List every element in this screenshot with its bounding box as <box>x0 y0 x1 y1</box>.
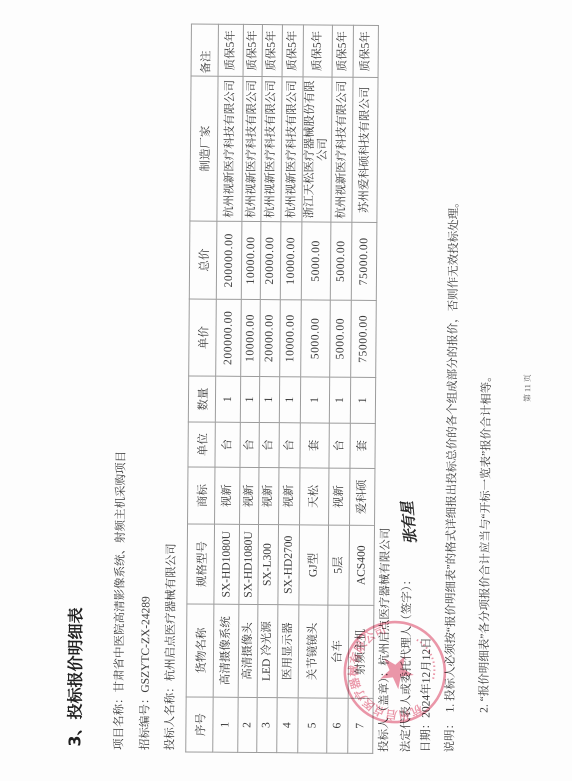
cell-unit-price: 10000.00 <box>280 300 302 377</box>
header-unit-price: 单价 <box>189 299 217 376</box>
handwritten-signature: 张有星 <box>396 501 421 545</box>
date-value: 2024年12月12日 <box>421 637 434 718</box>
cell-goods-name: LED 冷光源 <box>257 605 278 698</box>
cell-unit-price: 10000.00 <box>241 299 261 376</box>
tender-number-line: 招标编号：GSZYTC-ZX-24289 <box>138 596 153 750</box>
cell-seq: 1 <box>213 697 238 752</box>
cell-quantity: 1 <box>329 377 350 423</box>
header-seq: 序号 <box>186 697 213 752</box>
cell-remark: 质保5年 <box>332 25 353 77</box>
cell-manufacturer: 杭州视新医疗科技有限公司 <box>281 77 303 222</box>
note-text-1: 1. 投标人必须按“报价明细表”的格式详细报出投标总价的各个组成部分的报价，否则… <box>445 196 461 712</box>
section-title: 3、投标报价明细表 <box>66 607 85 746</box>
cell-total-price: 20000.00 <box>260 222 281 300</box>
cell-unit: 台 <box>215 422 240 467</box>
cell-unit-price: 200000.00 <box>216 299 242 376</box>
cell-goods-name: 医用显示器 <box>277 605 299 698</box>
cell-brand: 视新 <box>259 468 279 525</box>
cell-manufacturer: 杭州视新医疗科技有限公司 <box>242 76 262 221</box>
representative-line: 法定代表人或委托代理人（签字）： <box>399 574 414 752</box>
cell-unit-price: 20000.00 <box>260 300 281 377</box>
cell-model: GJ型 <box>299 525 329 605</box>
cell-model: ACS400 <box>349 525 375 605</box>
cell-goods-name: 高清摄像头 <box>238 604 258 697</box>
cell-brand: 视新 <box>240 467 259 524</box>
note-text-2: 2. “报价明细表”各分项报价合计应当与“开标一览表”报价合计相等。 <box>479 370 494 713</box>
bidder-seal-label: 投标人（盖章）： <box>378 666 391 752</box>
cell-quantity: 1 <box>240 376 259 422</box>
cell-total-price: 75000.00 <box>351 222 377 300</box>
cell-total-price: 200000.00 <box>216 221 242 299</box>
cell-quantity: 1 <box>279 377 300 423</box>
bidder-name-line: 投标人名称：杭州启点医疗器械有限公司 <box>163 543 179 750</box>
cell-unit: 套 <box>300 423 329 468</box>
header-manufacturer: 制造厂家 <box>190 76 218 221</box>
header-total-price: 总价 <box>189 221 217 299</box>
cell-brand: 天松 <box>300 468 329 525</box>
page-number: 第 11 页 <box>523 363 533 413</box>
header-brand: 商标 <box>188 467 215 524</box>
cell-seq: 5 <box>298 698 327 753</box>
header-unit: 单位 <box>188 422 215 467</box>
cell-goods-name: 射频主机 <box>348 605 374 698</box>
cell-manufacturer: 杭州视新医疗科技有限公司 <box>217 76 243 221</box>
cell-quantity: 1 <box>215 376 240 422</box>
header-goods-name: 货物名称 <box>186 604 214 697</box>
cell-brand: 视新 <box>279 468 300 525</box>
cell-brand: 爱科硕 <box>350 468 375 525</box>
cell-seq: 7 <box>348 698 373 753</box>
cell-brand: 视新 <box>215 467 240 524</box>
cell-manufacturer: 浙江天松医疗器械股份有限公司 <box>302 77 332 222</box>
date-line: 日期：2024年12月12日 <box>419 637 434 752</box>
cell-unit: 套 <box>350 423 375 468</box>
cell-quantity: 1 <box>350 377 375 423</box>
bidder-seal-company: 杭州启点医疗器械有限公司 <box>379 528 392 666</box>
project-name-line: 项目名称：甘肃省中医院高清影像系统、射频主机采购项目 <box>112 451 128 750</box>
bidder-name-label: 投标人名称： <box>164 681 177 750</box>
cell-seq: 6 <box>327 698 348 753</box>
note-line-1: 说明：1. 投标人必须按“报价明细表”的格式详细报出投标总价的各个组成部分的报价… <box>443 196 461 752</box>
cell-remark: 质保5年 <box>303 25 332 77</box>
project-name-value: 甘肃省中医院高清影像系统、射频主机采购项目 <box>114 451 128 693</box>
representative-label: 法定代表人或委托代理人（签字）： <box>400 574 413 752</box>
notes-label: 说明： <box>443 712 457 752</box>
cell-unit-price: 5000.00 <box>301 300 331 377</box>
tender-number-label: 招标编号： <box>139 693 151 751</box>
bidder-name-value: 杭州启点医疗器械有限公司 <box>165 543 178 681</box>
cell-model: SX-HD1080U <box>239 524 259 604</box>
cell-seq: 3 <box>257 698 277 753</box>
cell-model: SX-L300 <box>258 525 279 605</box>
cell-goods-name: 高清摄像系统 <box>213 604 239 697</box>
header-model: 规格型号 <box>187 524 215 604</box>
project-name-label: 项目名称： <box>113 692 125 750</box>
cell-manufacturer: 杭州视新医疗科技有限公司 <box>331 77 353 222</box>
cell-goods-name: 关节镜镜头 <box>298 605 328 698</box>
table-row: 7 射频主机 ACS400 爱科硕 套 1 75000.00 75000.00 … <box>348 25 379 753</box>
tender-number-value: GSZYTC-ZX-24289 <box>140 596 153 693</box>
cell-remark: 质保5年 <box>282 25 303 77</box>
cell-remark: 质保5年 <box>353 25 378 77</box>
cell-unit-price: 75000.00 <box>351 300 377 377</box>
cell-unit: 台 <box>240 422 259 467</box>
cell-manufacturer: 杭州视新医疗科技有限公司 <box>261 77 282 222</box>
cell-total-price: 10000.00 <box>280 222 302 300</box>
cell-model: SX-HD2700 <box>278 525 300 605</box>
header-remark: 备注 <box>191 24 218 76</box>
cell-quantity: 1 <box>259 377 279 423</box>
cell-total-price: 10000.00 <box>241 221 261 299</box>
cell-quantity: 1 <box>300 377 329 423</box>
cell-total-price: 5000.00 <box>330 222 352 300</box>
cell-remark: 质保5年 <box>262 25 282 77</box>
cell-unit: 台 <box>329 423 350 468</box>
cell-unit: 台 <box>259 423 279 468</box>
date-label: 日期： <box>420 718 432 753</box>
bidder-seal-line: 投标人（盖章）：杭州启点医疗器械有限公司 <box>377 528 393 752</box>
cell-model: 5层 <box>328 525 350 605</box>
cell-brand: 视新 <box>329 468 350 525</box>
cell-seq: 4 <box>277 698 298 753</box>
cell-goods-name: 台车 <box>327 605 349 698</box>
cell-remark: 质保5年 <box>218 24 243 76</box>
note-line-2: 2. “报价明细表”各分项报价合计应当与“开标一览表”报价合计相等。 <box>478 370 495 713</box>
cell-total-price: 5000.00 <box>301 222 331 300</box>
quote-detail-table: 序号 货物名称 规格型号 商标 单位 数量 单价 总价 制造厂家 备注 1 高清… <box>185 23 379 753</box>
cell-remark: 质保5年 <box>243 24 262 76</box>
document-page: 3、投标报价明细表 项目名称：甘肃省中医院高清影像系统、射频主机采购项目 招标编… <box>0 0 572 781</box>
cell-seq: 2 <box>238 697 257 752</box>
cell-manufacturer: 苏州爱科硕科技有限公司 <box>352 77 378 222</box>
header-quantity: 数量 <box>188 376 215 422</box>
cell-unit: 台 <box>279 423 300 468</box>
cell-model: SX-HD1080U <box>214 524 240 604</box>
cell-unit-price: 5000.00 <box>330 300 352 377</box>
